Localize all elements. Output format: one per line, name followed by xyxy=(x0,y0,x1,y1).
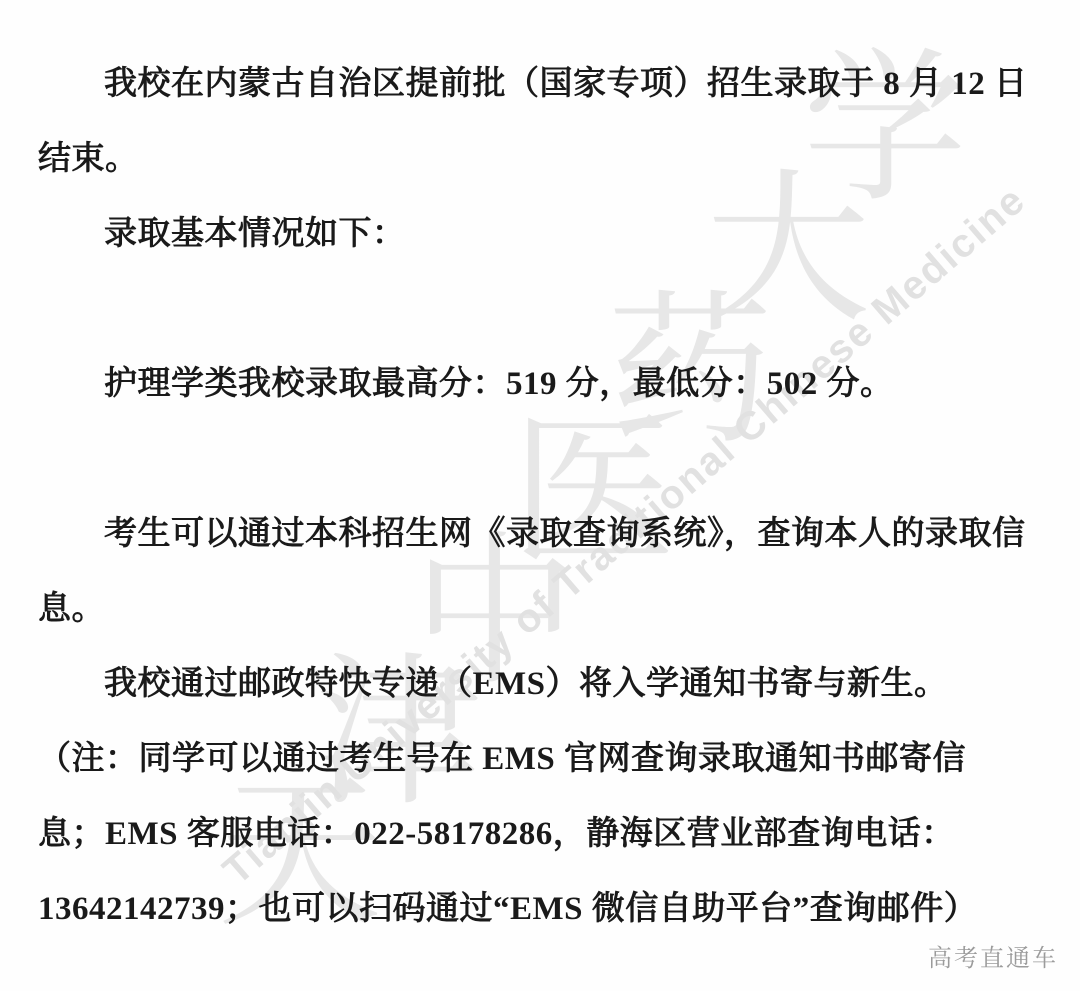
document-line: （注：同学可以通过考生号在 EMS 官网查询录取通知书邮寄信 xyxy=(38,722,1044,797)
document-line: 录取基本情况如下： xyxy=(38,197,1044,272)
document-line: 我校通过邮政特快专递（EMS）将入学通知书寄与新生。 xyxy=(38,647,1044,722)
document-line: 结束。 xyxy=(38,122,1044,197)
document-line: 我校在内蒙古自治区提前批（国家专项）招生录取于 8 月 12 日 xyxy=(38,47,1044,122)
document-line: 护理学类我校录取最高分：519 分，最低分：502 分。 xyxy=(38,347,1044,422)
document-page: 天 津 中 医 药 大 学 Tianjin University of Trad… xyxy=(0,0,1080,991)
document-line: 考生可以通过本科招生网《录取查询系统》，查询本人的录取信 xyxy=(38,497,1044,572)
source-credit: 高考直通车 xyxy=(928,938,1058,973)
document-line: 息；EMS 客服电话：022-58178286，静海区营业部查询电话： xyxy=(38,797,1044,872)
document-body: 我校在内蒙古自治区提前批（国家专项）招生录取于 8 月 12 日 结束。 录取基… xyxy=(0,0,1080,947)
document-line: 息。 xyxy=(38,572,1044,647)
document-line: 13642142739；也可以扫码通过“EMS 微信自助平台”查询邮件） xyxy=(38,872,1044,947)
